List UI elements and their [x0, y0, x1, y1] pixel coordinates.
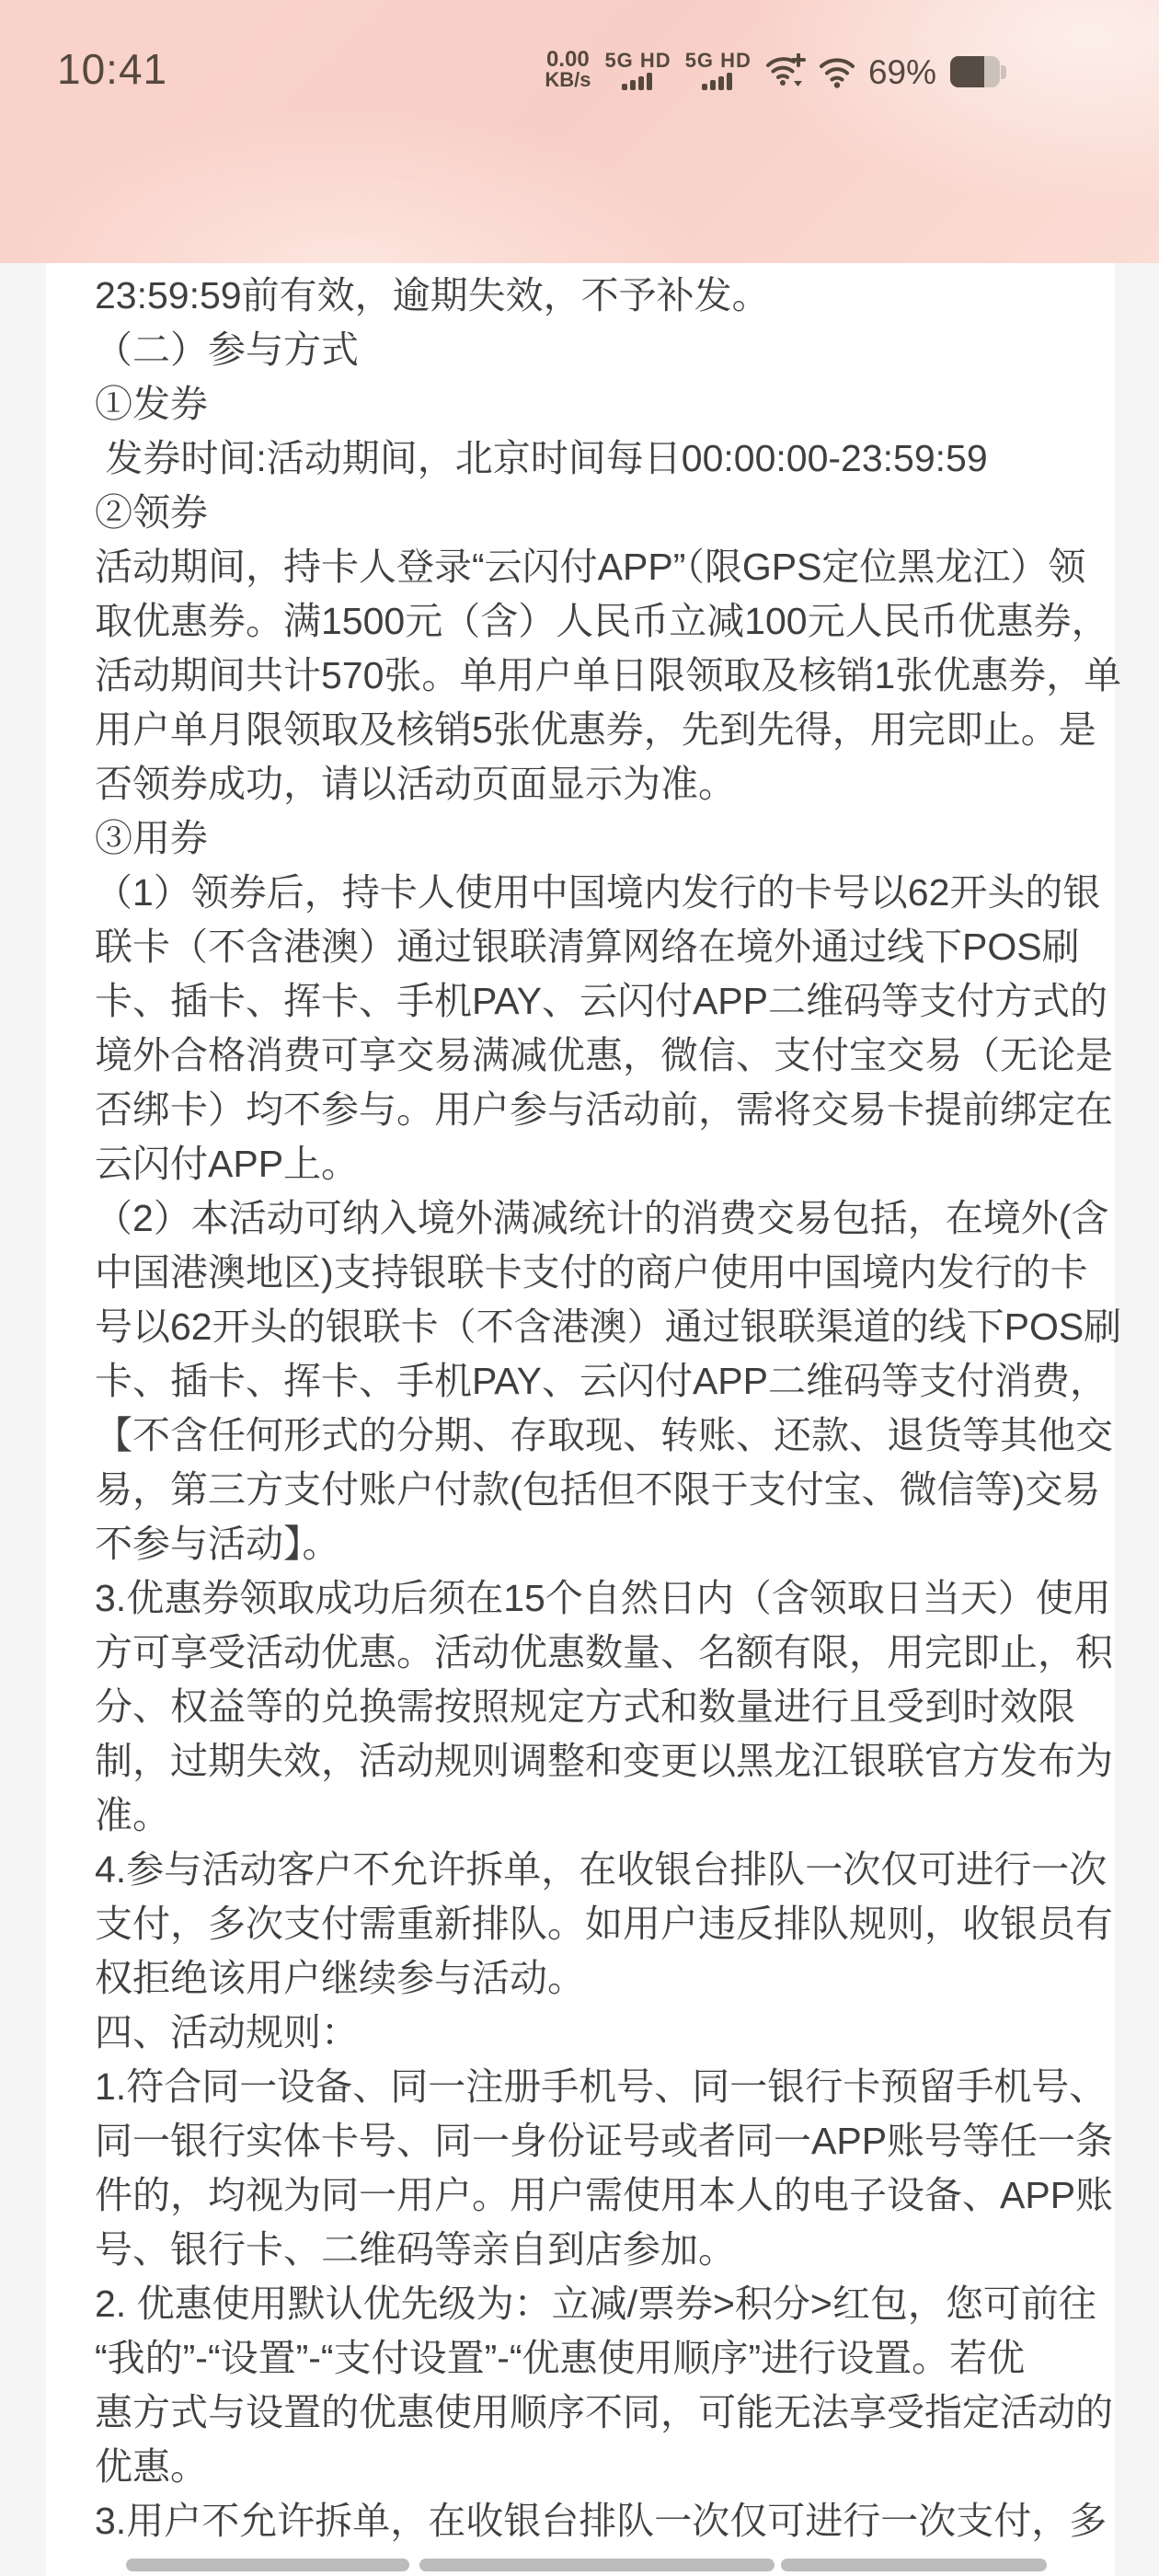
para-same-user-rule: 1.符合同一设备、同一注册手机号、同一银行卡预留手机号、 同一银行实体卡号、同一… — [95, 2060, 1082, 2277]
header: 10:41 0.00 KB/s 5G HD — [0, 0, 1159, 263]
clipped-text-line — [419, 2559, 775, 2571]
nav-bar — [0, 138, 1159, 248]
sim2-signal-icon — [701, 73, 736, 90]
para-coupon-validity: 23:59:59前有效，逾期失效，不予补发。 — [95, 269, 1082, 323]
sim2-network-label: 5G HD — [685, 51, 752, 71]
sim1-network-label: 5G HD — [604, 51, 671, 71]
sim1-status: 5G HD — [604, 51, 671, 90]
status-right-cluster: 0.00 KB/s 5G HD 5G HD — [545, 46, 1006, 90]
para-no-split-clipped: 3.用户不允许拆单，在收银台排队一次仅可进行一次支付，多 — [95, 2494, 1082, 2548]
battery-icon — [950, 56, 1006, 87]
status-bar: 10:41 0.00 KB/s 5G HD — [0, 0, 1159, 101]
sim1-signal-icon — [621, 73, 656, 90]
clipped-text-line — [781, 2559, 1047, 2571]
network-speed: 0.00 KB/s — [545, 50, 591, 90]
activity-rules-card: 23:59:59前有效，逾期失效，不予补发。 （二）参与方式 ①发券 发券时间:… — [46, 263, 1115, 2576]
para-discount-priority: 2. 优惠使用默认优先级为：立减/票券>积分>红包，您可前往 “我的”-“设置”… — [95, 2277, 1082, 2494]
clipped-text-line — [126, 2559, 409, 2571]
wifi-icon — [820, 55, 855, 88]
para-use-coupon-rule1: （1）领券后，持卡人使用中国境内发行的卡号以62开头的银 联卡（不含港澳）通过银… — [95, 866, 1082, 1191]
para-issue-coupon-heading: ①发券 — [95, 377, 1082, 431]
network-speed-unit: KB/s — [545, 70, 591, 90]
para-claim-coupon-detail: 活动期间，持卡人登录“云闪付APP”（限GPS定位黑龙江）领 取优惠券。满150… — [95, 540, 1082, 811]
para-use-coupon-heading: ③用券 — [95, 811, 1082, 866]
para-issue-coupon-time: 发券时间:活动期间，北京时间每日00:00:00-23:59:59 — [95, 431, 1082, 486]
battery-percent: 69% — [868, 55, 936, 90]
para-rule3-validity: 3.优惠券领取成功后须在15个自然日内（含领取日当天）使用 方可享受活动优惠。活… — [95, 1571, 1082, 1843]
para-rule4-no-split: 4.参与活动客户不允许拆单，在收银台排队一次仅可进行一次 支付，多次支付需重新排… — [95, 1843, 1082, 2006]
screen: 10:41 0.00 KB/s 5G HD — [0, 0, 1159, 2576]
para-section-participation: （二）参与方式 — [95, 323, 1082, 377]
network-speed-value: 0.00 — [546, 50, 590, 70]
para-claim-coupon-heading: ②领券 — [95, 486, 1082, 540]
sim2-status: 5G HD — [685, 51, 752, 90]
status-time: 10:41 — [57, 44, 167, 94]
para-section-activity-rules: 四、活动规则： — [95, 2006, 1082, 2060]
wifi-plus-icon — [765, 53, 806, 88]
para-use-coupon-rule2: （2）本活动可纳入境外满减统计的消费交易包括，在境外(含 中国港澳地区)支持银联… — [95, 1191, 1082, 1571]
